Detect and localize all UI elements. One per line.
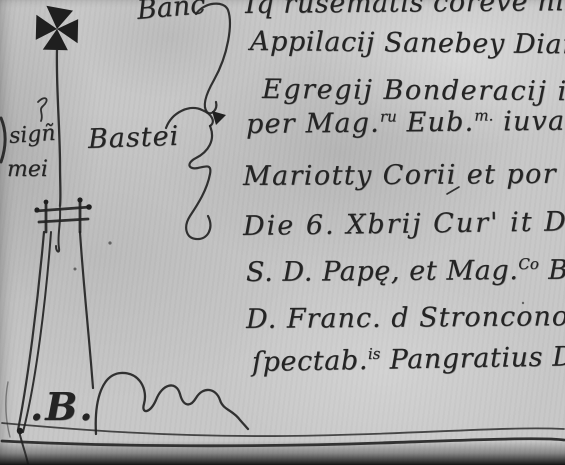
line-9-part: Pangratius D [380, 341, 565, 375]
line-9-part: ſpectab. [252, 345, 369, 378]
line-7-part: S. D. Papę, et Mag. [246, 255, 519, 288]
line-7-superscript: Co [518, 255, 539, 273]
manuscript-line-8: D. Franc. d Stroncono F [246, 301, 565, 335]
line-4-part: iuvau [493, 105, 565, 137]
manuscript-line-2: Appilacij Sanebey Diamanth [250, 26, 565, 61]
maltese-cross-icon [33, 5, 81, 53]
line-4-part: Eub. [397, 107, 475, 139]
line-7-part: B [539, 255, 565, 286]
signum-legs [18, 232, 93, 464]
manuscript-line-9: ſpectab.is Pangratius D [252, 341, 565, 378]
margin-word-banc: Banc [136, 0, 207, 26]
sign-curl [38, 98, 47, 121]
manuscript-line-3: Egregij Bonderacij ing [262, 74, 565, 107]
signum-foot-blob [17, 428, 23, 434]
line-4-superscript: ru [380, 107, 397, 125]
manuscript-page: Banc Bastei sigñ mei .B. Iq rusematis co… [0, 0, 565, 465]
signum-hilt-blobs [34, 197, 91, 212]
signum-label-line2: mei [7, 157, 48, 182]
manuscript-line-6: Die 6. Xbrij Cur' it D [243, 206, 565, 242]
manuscript-line-1: Iq rusematis coreve nisi [245, 0, 565, 20]
notary-initial: .B. [30, 384, 95, 429]
manuscript-line-7: S. D. Papę, et Mag.Co B [246, 255, 565, 288]
line-9-superscript: is [368, 345, 381, 363]
bottom-flourish [96, 373, 248, 434]
signum-stem [57, 50, 61, 206]
line-4-part: per Mag. [246, 108, 380, 140]
page-edge-shadow [0, 441, 565, 465]
manuscript-line-4: per Mag.ru Eub.m. iuvau [246, 105, 565, 140]
manuscript-line-5: Mariotty Corii et por [243, 159, 557, 192]
line-4-superscript: m. [474, 106, 493, 124]
margin-word-bastei: Bastei [87, 121, 179, 155]
signum-label-line1: sigñ [8, 121, 56, 149]
signum-hilt [36, 200, 90, 252]
